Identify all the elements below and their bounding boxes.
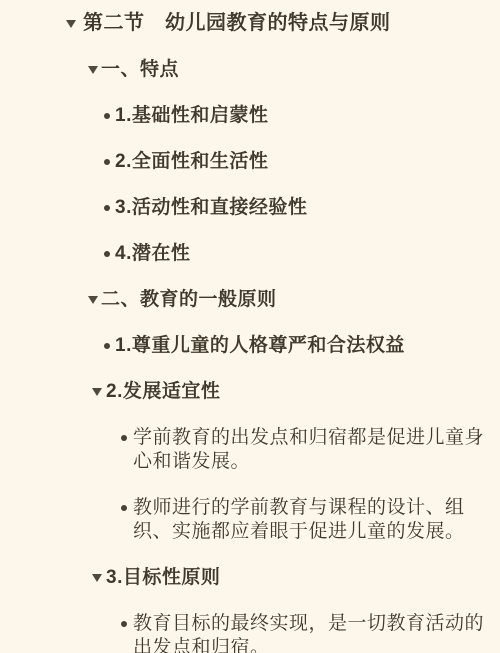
outline-item-text[interactable]: 4.潜在性	[115, 242, 190, 266]
outline-document: 第二节 幼儿园教育的特点与原则 一、特点 1.基础性和启蒙性 2.全面性和生活性…	[0, 0, 500, 653]
outline-item-text[interactable]: 第二节 幼儿园教育的特点与原则	[83, 11, 391, 36]
outline-item: 3.目标性原则	[0, 566, 500, 590]
marker-box	[104, 242, 115, 257]
marker-box	[121, 496, 133, 511]
outline-item-text[interactable]: 教师进行的学前教育与课程的设计、组 织、实施都应着眼于促进儿童的发展。	[133, 496, 465, 544]
marker-box	[88, 58, 101, 74]
marker-box	[121, 426, 133, 441]
collapse-triangle-icon[interactable]	[92, 574, 102, 582]
outline-item-text[interactable]: 一、特点	[101, 58, 179, 82]
outline-item-text[interactable]: 二、教育的一般原则	[101, 288, 277, 312]
marker-box	[104, 104, 115, 119]
bullet-icon[interactable]	[121, 435, 127, 441]
marker-box	[92, 566, 106, 582]
bullet-icon[interactable]	[104, 205, 110, 211]
marker-box	[92, 380, 106, 396]
marker-box	[104, 150, 115, 165]
marker-box	[121, 612, 133, 627]
marker-box	[104, 196, 115, 211]
collapse-triangle-icon[interactable]	[92, 388, 102, 396]
collapse-triangle-icon[interactable]	[88, 66, 98, 74]
outline-item: 一、特点	[0, 58, 500, 82]
outline-item: 教育目标的最终实现，是一切教育活动的 出发点和归宿。	[0, 612, 500, 653]
bullet-icon[interactable]	[121, 621, 127, 627]
marker-box	[104, 334, 115, 349]
outline-item: 二、教育的一般原则	[0, 288, 500, 312]
outline-item: 1.尊重儿童的人格尊严和合法权益	[0, 334, 500, 358]
collapse-triangle-icon[interactable]	[66, 20, 76, 28]
collapse-triangle-icon[interactable]	[88, 296, 98, 304]
outline-item: 2.发展适宜性	[0, 380, 500, 404]
outline-item-text[interactable]: 教育目标的最终实现，是一切教育活动的 出发点和归宿。	[133, 612, 484, 653]
outline-item: 3.活动性和直接经验性	[0, 196, 500, 220]
outline-item-text[interactable]: 2.发展适宜性	[106, 380, 220, 404]
outline-item: 教师进行的学前教育与课程的设计、组 织、实施都应着眼于促进儿童的发展。	[0, 496, 500, 544]
outline-item: 2.全面性和生活性	[0, 150, 500, 174]
bullet-icon[interactable]	[104, 251, 110, 257]
outline-item-text[interactable]: 2.全面性和生活性	[115, 150, 268, 174]
marker-box	[66, 11, 83, 28]
outline-item-text[interactable]: 3.目标性原则	[106, 566, 220, 590]
outline-item-text[interactable]: 1.基础性和启蒙性	[115, 104, 268, 128]
outline-item-text[interactable]: 3.活动性和直接经验性	[115, 196, 307, 220]
outline-item-text[interactable]: 1.尊重儿童的人格尊严和合法权益	[115, 334, 405, 358]
bullet-icon[interactable]	[104, 113, 110, 119]
marker-box	[88, 288, 101, 304]
outline-item: 4.潜在性	[0, 242, 500, 266]
outline-item: 第二节 幼儿园教育的特点与原则	[0, 11, 500, 36]
bullet-icon[interactable]	[104, 343, 110, 349]
outline-item: 1.基础性和启蒙性	[0, 104, 500, 128]
bullet-icon[interactable]	[121, 505, 127, 511]
outline-item-text[interactable]: 学前教育的出发点和归宿都是促进儿童身 心和谐发展。	[133, 426, 484, 474]
bullet-icon[interactable]	[104, 159, 110, 165]
outline-item: 学前教育的出发点和归宿都是促进儿童身 心和谐发展。	[0, 426, 500, 474]
